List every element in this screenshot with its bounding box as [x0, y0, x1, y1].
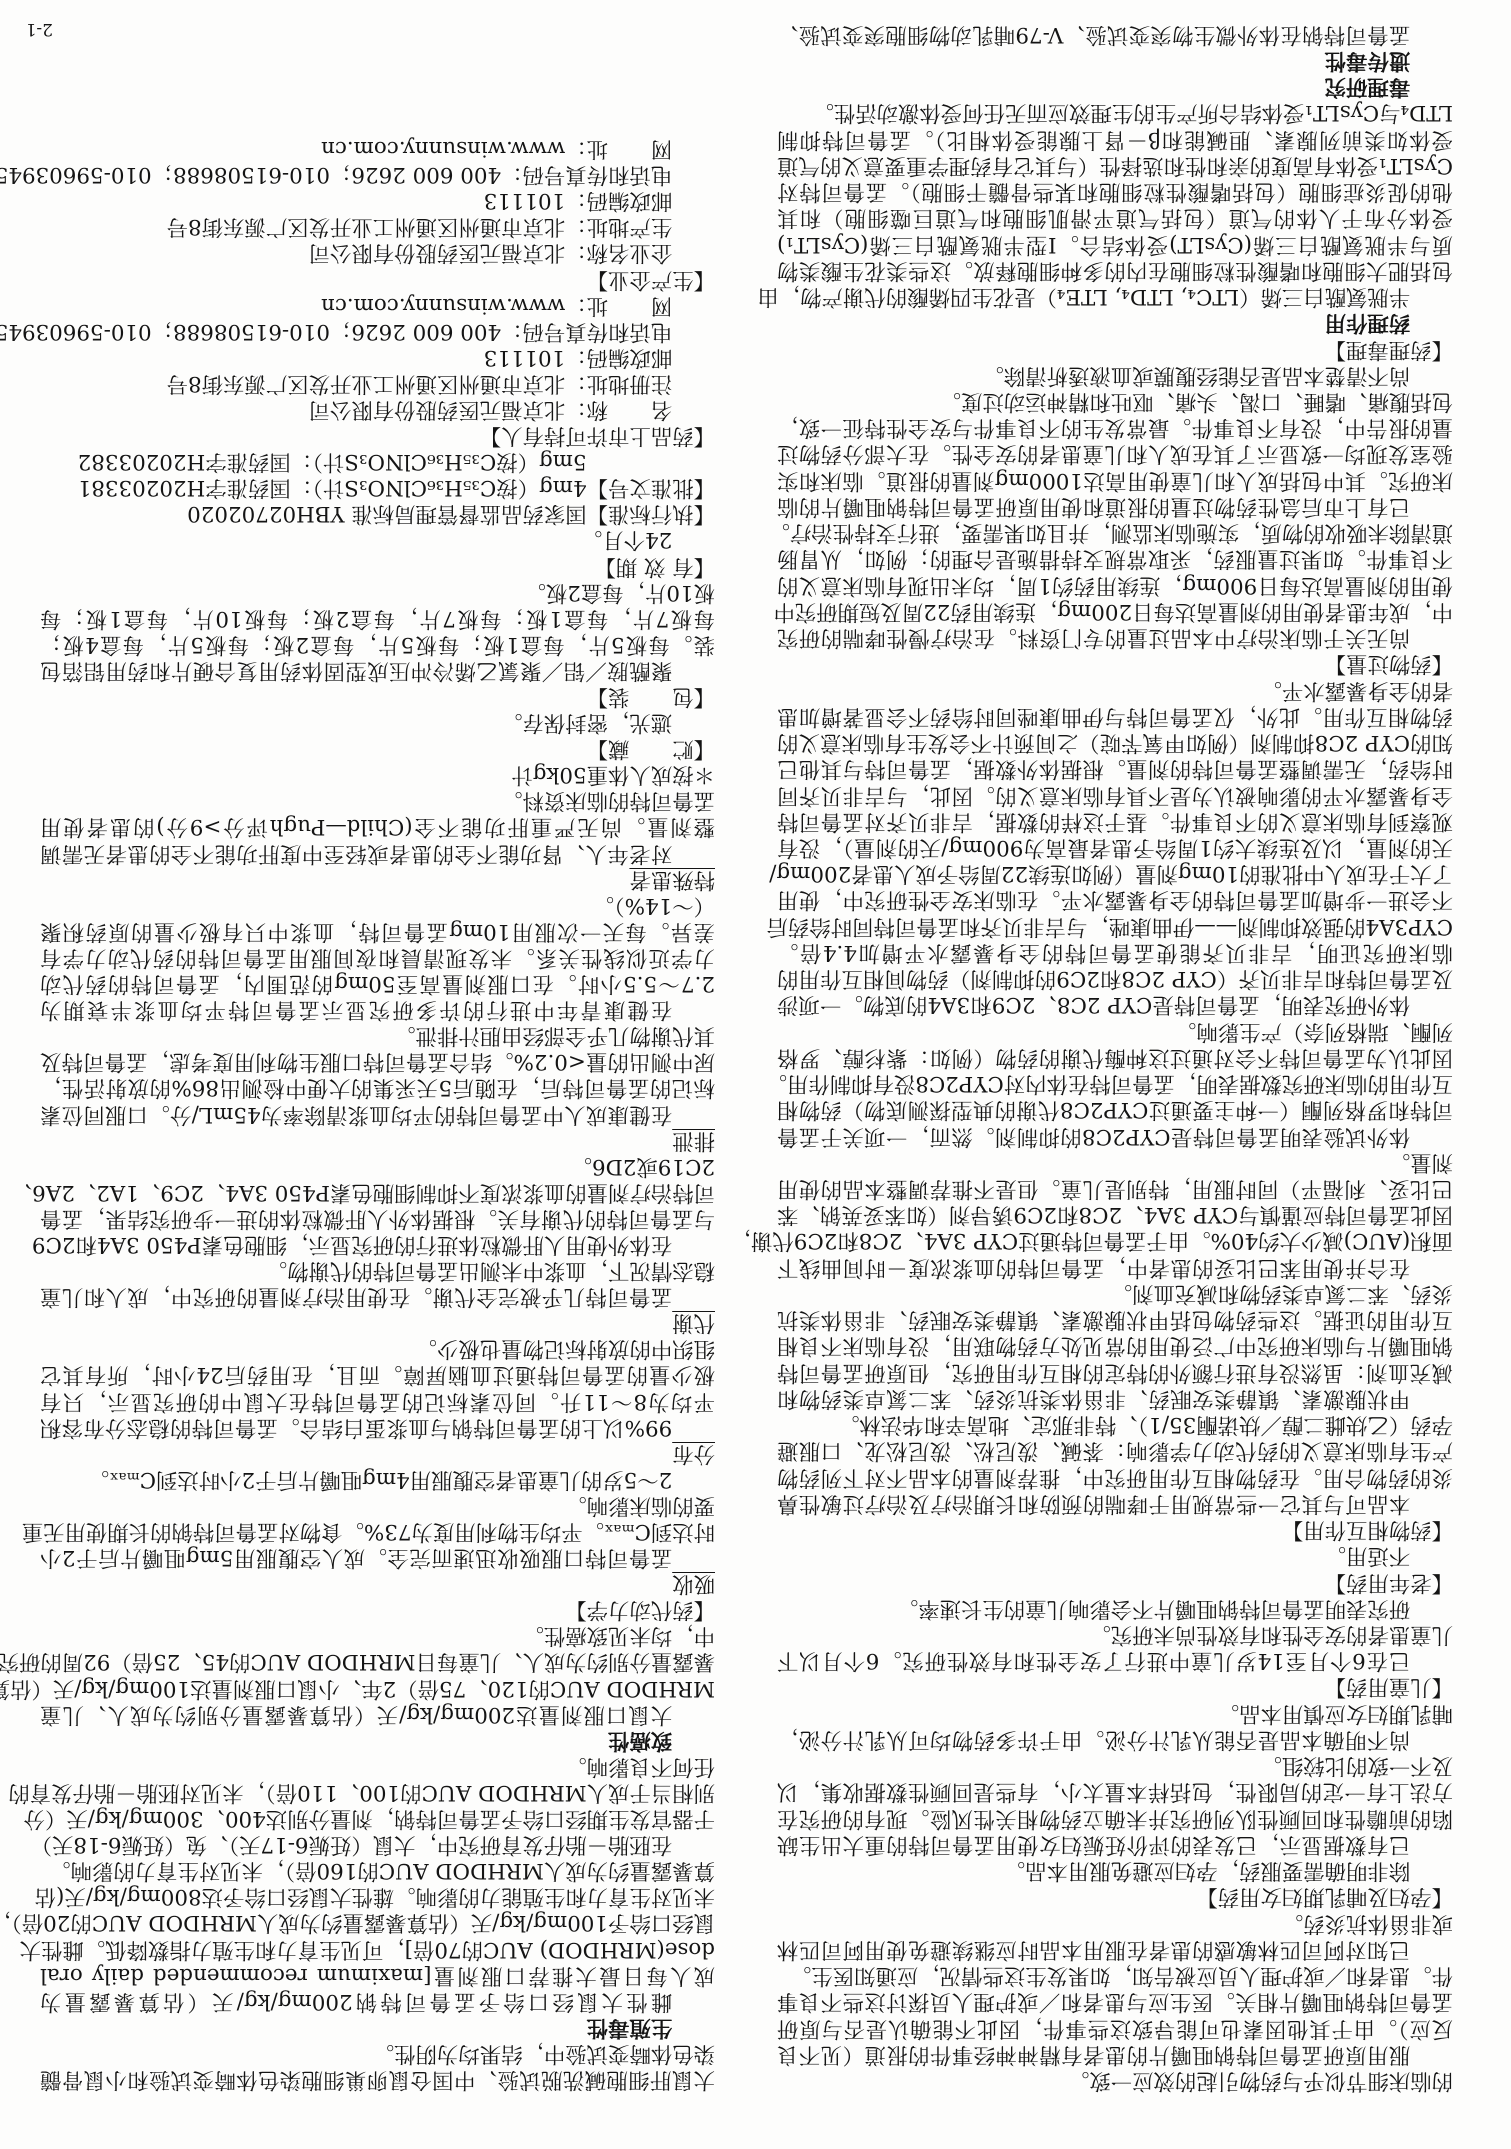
text-line: 减充血剂：虽然没有进行额外的特定的相互作用研究，但原研孟鲁司特: [777, 1358, 1453, 1384]
text-line: 体外研究表明，孟鲁司特是CYP 2C8、2C9和3A4的底物。一项涉: [777, 991, 1453, 1017]
text-line: 算暴露量约为成人MRHDOD AUC的160倍），未见对生育力的影响。: [40, 1857, 715, 1883]
text-line: 不会进一步增加孟鲁司特的全身暴露水平。在临床安全性研究中，使用: [777, 886, 1453, 912]
text-line: 床研究。其中包括成人和儿童使用高达1000mg剂量的报道。临床和实: [777, 466, 1453, 492]
text-line: 包括肥大细胞和嗜酸性粒细胞在内的多种细胞释放。这些类花生酸类物: [777, 257, 1453, 283]
text-line: 炎药、苯二氮卓类药物和减充血剂。: [777, 1280, 1453, 1306]
text-line: LTD₄与CysLT₁受体结合所产生的生理效应而无任何受体激动活性。: [777, 99, 1453, 125]
text-line: 炎的药物合用。在药物相互作用研究中，推荐剂量的本品不对下列药物: [777, 1463, 1453, 1489]
text-line: 时给药，无需调整孟鲁司特的剂量。根据体外数据，孟鲁司特与其他已: [777, 755, 1453, 781]
holder-phone-fax: 电话和传真号码：400 600 2626；010-61508688；010-59…: [40, 318, 715, 344]
text-line: 未见对生育力和生殖能力的影响。雄性大鼠经口给予达800mg/kg/天(估: [40, 1883, 715, 1909]
text-line: 验室发现均一致显示了其在成人和儿童患者的安全性。在大部分药物过: [777, 440, 1453, 466]
subheading-carcinogenicity: 致癌性: [40, 1727, 715, 1753]
section-heading-geriatric-use: 【老年用药】: [777, 1568, 1453, 1594]
text-line: 面积(AUC)减少大约40%。由于孟鲁司特通过CYP 3A4、2C8和2C9代谢…: [777, 1227, 1453, 1253]
text-line: 尚不清楚本品是否能经腹膜或血液透析清除。: [777, 362, 1453, 388]
section-heading-pharmacology-toxicology: 【药理毒理】: [777, 335, 1453, 361]
text-line: 中，均未见致癌性。: [40, 1622, 715, 1648]
approval-number-5mg: 5mg（按C₃₅H₃₆ClNO₃S计）：国药准字H20203382: [40, 448, 715, 474]
text-line: 已在6个月至14岁儿童中进行了安全性和有效性研究。6个月以下: [777, 1647, 1453, 1673]
text-line: 力学近似线性关系。未发现清晨和夜间服用孟鲁司特的药代动力学有: [40, 944, 715, 970]
text-line: 及不一致的比较组。: [777, 1752, 1453, 1778]
text-line: 及孟鲁司特和吉非贝齐（CYP 2C8和2C9的抑制剂）药物间相互作用的: [777, 965, 1453, 991]
text-line: 体外试验表明孟鲁司特是CYP2C8的抑制剂。然而，一项关于孟鲁: [777, 1122, 1453, 1148]
text-line: 他的促炎症细胞（包括嗜酸性粒细胞和某些骨髓干细胞）。孟鲁司特对: [777, 178, 1453, 204]
manufacturer-phone-fax: 电话和传真号码：400 600 2626；010-61508688；010-59…: [40, 161, 715, 187]
text-line: 大鼠口服剂量达200mg/kg/天（估算暴露量分别约为成人、儿童: [40, 1701, 715, 1727]
text-line: 对老年人、肾功能不全的患者或轻至中度肝功能不全的患者无需调: [40, 840, 715, 866]
footnote: ＊按成人体重50kg计: [40, 761, 715, 787]
section-heading-overdose: 【药物过量】: [777, 650, 1453, 676]
section-heading-shelf-life: 【有 效 期】: [40, 552, 715, 578]
manufacturer-postal-code: 邮政编码：101113: [40, 187, 715, 213]
left-column: 的临床细节似乎与药物引起的效应一致。 服用原研孟鲁司特钠咀嚼片的患者有精神神经事…: [777, 20, 1453, 2093]
text-line: 反应）。由于其他因素也可能导致这些事件，因此不能确认是否与原研: [777, 2014, 1453, 2040]
text-line: 观察到有临床意义的不良事件。基于这样的数据，吉非贝齐对孟鲁司特: [777, 808, 1453, 834]
text-line: 因此孟鲁司特应谨慎与CYP 3A4、2C8和2C9诱导剂（如苯妥英钠、苯: [777, 1201, 1453, 1227]
text-line: 者的全身暴露水平。: [777, 676, 1453, 702]
text-line: 哺乳期妇女应慎用本品。: [777, 1699, 1453, 1725]
text-line: 在合并使用苯巴比妥的患者中，孟鲁司特的血浆浓度－时间曲线下: [777, 1254, 1453, 1280]
text-line: 药物相互作用。此外，仅孟鲁司特与伊曲康唑同时给药不会显著增加患: [777, 703, 1453, 729]
text-line: 每板7片，每盒1板；每板7片，每盒2板；每板10片，每盒1板；每: [40, 605, 715, 631]
text-line: 在胚胎－胎仔发育研究中，大鼠（妊娠6-17天）、兔（妊娠6-18天）: [40, 1831, 715, 1857]
manufacturer-address: 生产地址：北京市通州区通州工业开发区广源东街8号: [40, 213, 715, 239]
text-line: 件。患者和／或护理人员应被告知，如果发生这些情况，应通知医生。: [777, 1962, 1453, 1988]
text-line: 因此认为孟鲁司特不会对通过这种酶代谢的药物（例如：紫杉醇、罗格: [777, 1044, 1453, 1070]
subheading-reproductive-toxicity: 生殖毒性: [40, 2014, 715, 2040]
text-line: 孟鲁司特几乎被完全代谢。在使用治疗剂量的研究中，成人和儿童: [40, 1283, 715, 1309]
text-line: 平均为8～11升。同位素标记的孟鲁司特在大鼠中的研究显示，只有: [40, 1387, 715, 1413]
text-line: 受体如类前列腺素、胆碱能和β－肾上腺能受体相比）。孟鲁司特抑制: [777, 125, 1453, 151]
text-line: 99%以上的孟鲁司特钠与血浆蛋白结合。孟鲁司特的稳态分布容积: [40, 1414, 715, 1440]
text-line: 别相当于成人MRHDOD AUC的100、110倍），未见对胚胎－胎仔发育的: [40, 1779, 715, 1805]
text-line: 整剂量。尚无严重肝功能不全(Child—Pugh评分>9分)的患者使用: [40, 813, 715, 839]
text-line: 尚无关于临床治疗中本品过量的专门资料。在治疗慢性哮喘的研究: [777, 624, 1453, 650]
section-heading-drug-interactions: 【药物相互作用】: [777, 1516, 1453, 1542]
text-line: 研究表明孟鲁司特钠咀嚼片不会影响儿童的生长速率。: [777, 1595, 1453, 1621]
text-line: 极少量的孟鲁司特通过血脑屏障。而且，在用药后24小时，所有其它: [40, 1361, 715, 1387]
right-column: 大鼠肝细胞碱洗脱试验、中国仓鼠卵巢细胞染色体畸变试验和小鼠骨髓 染色体畸变试验中…: [40, 135, 715, 2092]
text-line: 孟鲁司特钠在体外微生物突变试验、V-79哺乳动物细胞突变试验、: [777, 20, 1453, 46]
text-line: 要的临床影响。: [40, 1492, 715, 1518]
text-line: 已有上市后急性药物过量的报道和使用原研孟鲁司特钠咀嚼片的临: [777, 493, 1453, 519]
section-heading-pregnancy-lactation: 【孕妇及哺乳期妇女用药】: [777, 1883, 1453, 1909]
text-line: 板10片，每盒2板。: [40, 579, 715, 605]
text-line: 24个月。: [40, 526, 715, 552]
subheading-special-populations: 特殊患者: [40, 866, 715, 892]
text-line: MRHDOD AUC的120、75倍）2年、小鼠口服剂量达100mg/kg/天（…: [40, 1675, 715, 1701]
page-number: 2-1: [26, 19, 53, 39]
text-line: 在体外使用人肝微粒体进行的研究显示，细胞色素P450 3A4和2C9: [40, 1231, 715, 1257]
text-line: 聚酰胺／铝／聚氯乙烯冷冲压成型固体药用复合硬片和药用铝箔包: [40, 657, 715, 683]
text-line: 的临床细节似乎与药物引起的效应一致。: [777, 2067, 1453, 2093]
text-line: 在健康青年中进行的许多研究显示孟鲁司特平均血浆半衰期为: [40, 996, 715, 1022]
subheading-metabolism: 代谢: [40, 1309, 715, 1335]
text-line: 任何不良影响。: [40, 1753, 715, 1779]
text-line: 钠咀嚼片与临床研究中广泛使用的常见处方药物联用，没有临床不良相: [777, 1332, 1453, 1358]
approval-number-4mg: 【批准文号】4mg（按C₃₅H₃₆ClNO₃S计）：国药准字H20203381: [40, 474, 715, 500]
subheading-genotoxicity: 遗传毒性: [777, 47, 1453, 73]
text-line: 于器官发生期经口给予孟鲁司特钠，剂量分别达400、300mg/kg/天（分: [40, 1805, 715, 1831]
text-line: 儿童患者的安全性和有效性尚未研究。: [777, 1621, 1453, 1647]
text-line: 鼠经口给予100mg/kg/天（估算暴露量约为成人MRHDOD AUC的20倍）…: [40, 1909, 715, 1935]
text-line: 孕药（乙炔雌二醇／炔诺酮35/1）、特非那定、地高辛和华法林。: [777, 1411, 1453, 1437]
text-line: 组织中的放射标记物量也极少。: [40, 1335, 715, 1361]
text-line: 其代谢物几乎全部经由胆汁排泄。: [40, 1022, 715, 1048]
text-line: 尚不明确本品是否能从乳汁分泌。由于许多药物均可从乳汁分泌，: [777, 1726, 1453, 1752]
text-line: 已有数据显示，已发表的评价妊娠妇女使用孟鲁司特的重大出生缺: [777, 1831, 1453, 1857]
text-line: 半胱氨酰白三烯（LTC₄, LTD₄, LTE₄）是花生四烯酸的代谢产物，由: [777, 283, 1453, 309]
text-line: 质与半胱氨酰白三烯(CysLT)受体结合。Ⅰ型半胱氨酰白三烯(CysLT₁): [777, 230, 1453, 256]
text-line: 道清除未吸收的物质，实施临床监测，并且如果需要，进行支持性治疗。: [777, 519, 1453, 545]
text-line: dose(MRHDOD) AUC的70倍]，可见生育力和生殖力指数降低。雌性大: [40, 1935, 715, 1961]
text-line: 大鼠肝细胞碱洗脱试验、中国仓鼠卵巢细胞染色体畸变试验和小鼠骨髓: [40, 2066, 715, 2092]
text-line: 遮光，密封保存。: [40, 709, 715, 735]
text-line: 不良事件。如果过量服药，采取常规支持措施是合理的；例如，从胃肠: [777, 545, 1453, 571]
subheading-pharmacological-action: 药理作用: [777, 309, 1453, 335]
subheading-distribution: 分布: [40, 1440, 715, 1466]
manufacturer-name: 企业名称：北京福元医药股份有限公司: [40, 239, 715, 265]
text-line: 孟鲁司特的临床资料。: [40, 787, 715, 813]
subheading-absorption: 吸收: [40, 1570, 715, 1596]
section-heading-packaging: 【包 装】: [40, 683, 715, 709]
text-line: 使用的剂量高达每日900mg，连续用药约1周，均未出现有临床意义的: [777, 571, 1453, 597]
text-line: 临床研究证明，吉非贝齐能使孟鲁司特的全身暴露水平增加4.4倍。: [777, 939, 1453, 965]
text-line: 包括腹痛、嗜睡、口渴、头痛、呕吐和精神运动过度。: [777, 388, 1453, 414]
text-line: 列酮、瑞格列奈）产生影响。: [777, 1017, 1453, 1043]
text-line: CysLT₁受体有高度的亲和性和选择性（与其它有药理学重要意义的气道: [777, 152, 1453, 178]
text-line: 方法上有一定的局限性，包括样本量太小，有些是回顾性数据收集，以: [777, 1778, 1453, 1804]
text-line: 染色体畸变试验中，结果均为阴性。: [40, 2040, 715, 2066]
text-line: 服用原研孟鲁司特钠咀嚼片的患者有精神神经事件的报道（见不良: [777, 2041, 1453, 2067]
section-heading-manufacturer: 【生产企业】: [40, 265, 715, 291]
text-line: 甲状腺激素、镇静类安眠药、非甾体类抗炎药、苯二氮卓类药物和: [777, 1385, 1453, 1411]
text-line: 不适用。: [777, 1542, 1453, 1568]
text-line: 司特和罗格列酮（一种主要通过CYP2C8代谢的典型探测底物）药物相: [777, 1096, 1453, 1122]
text-line: 产生有临床意义的药代动力学影响：茶碱、泼尼松、泼尼松龙、口服避: [777, 1437, 1453, 1463]
text-line: 装。每板5片，每盒1板；每板5片，每盒2板；每板5片，每盒4板；: [40, 631, 715, 657]
section-heading-storage: 【贮 藏】: [40, 735, 715, 761]
holder-postal-code: 邮政编码：101113: [40, 344, 715, 370]
text-line: 2.7～5.5小时。在口服剂量高至50mg的范围内，孟鲁司特的药代动: [40, 970, 715, 996]
text-line: 孟鲁司特口服吸收迅速而完全。成人空腹服用5mg咀嚼片后于2小: [40, 1544, 715, 1570]
subheading-excretion: 排泄: [40, 1127, 715, 1153]
scanned-leaflet-page: 的临床细节似乎与药物引起的效应一致。 服用原研孟鲁司特钠咀嚼片的患者有精神神经事…: [0, 0, 1511, 2149]
text-line: 互作用的临床研究数据表明，孟鲁司特在体内对CYP2C8没有抑制作用。: [777, 1070, 1453, 1096]
text-line: 陷的前瞻性和回顾性队列研究并未确立药物相关性风险。现有的研究在: [777, 1804, 1453, 1830]
text-line: 稳态情况下，血浆中未测出孟鲁司特的代谢物。: [40, 1257, 715, 1283]
text-line: 受体分布于人体的气道（包括气道平滑肌细胞和气道巨噬细胞）和其: [777, 204, 1453, 230]
text-line: 了大于在成人中批准的10mg剂量（例如连续22周给予成人患者200mg/: [777, 860, 1453, 886]
text-line: 暴露量分别约为成人、儿童每日MRHDOD AUC的45、25倍）92周的研究: [40, 1648, 715, 1674]
text-line: 尿中测出的量<0.2%。结合孟鲁司特口服生物利用度考虑，孟鲁司特及: [40, 1048, 715, 1074]
text-line: 雌性大鼠经口给予孟鲁司特钠200mg/kg/天（估算暴露量为: [40, 1988, 715, 2014]
text-line: 时达到Cₘₐₓ。平均生物利用度为73%。食物对孟鲁司特钠的长期使用无重: [40, 1518, 715, 1544]
executive-standard: 【执行标准】国家药品监督管理局标准 YBH02702020: [40, 500, 715, 526]
text-line: 在健康成人中孟鲁司特的平均血浆清除率为45mL/分。口服同位素: [40, 1100, 715, 1126]
text-line: 已知对阿司匹林敏感的患者在服用本品时应继续避免使用阿司匹林: [777, 1936, 1453, 1962]
text-line: 2C19或2D6。: [40, 1153, 715, 1179]
manufacturer-website: 网 址：www.winsunny.com.cn: [40, 135, 715, 161]
text-line: 天的剂量，以及连续大约1周给予患者最高为900mg/天的剂量），没有: [777, 834, 1453, 860]
text-line: 本品可与其它一些常规用于哮喘的预防和长期治疗及治疗过敏性鼻: [777, 1490, 1453, 1516]
holder-name: 名 称：北京福元医药股份有限公司: [40, 396, 715, 422]
section-heading-pharmacokinetics: 【药代动力学】: [40, 1596, 715, 1622]
holder-website: 网 址：www.winsunny.com.cn: [40, 292, 715, 318]
holder-registered-address: 注册地址：北京市通州区通州工业开发区广源东街8号: [40, 370, 715, 396]
text-line: 司特治疗剂量的血浆浓度不抑制细胞色素P450 3A4、2C9、1A2、2A6、: [40, 1179, 715, 1205]
text-line: 知的CYP 2C8抑制剂（例如甲氧苄啶）之间预计不会发生有临床意义的: [777, 729, 1453, 755]
subheading-toxicology-studies: 毒理研究: [777, 73, 1453, 99]
text-line: 孟鲁司特钠咀嚼片相关。医生应与患者和／或护理人员探讨这些不良事: [777, 1988, 1453, 2014]
text-line: 巴比妥、利福平）同时服用，特别是儿童。但是不推荐调整本品的使用: [777, 1175, 1453, 1201]
text-line: 与孟鲁司特的代谢有关。根据体外人肝微粒体的进一步研究结果，孟鲁: [40, 1205, 715, 1231]
text-line: CYP3A4的强效抑制剂——伊曲康唑，与吉非贝齐和孟鲁司特同时给药后: [777, 912, 1453, 938]
text-line: （～14%）。: [40, 892, 715, 918]
text-line: 中，成年患者使用的剂量高达每日200mg，连续用药22周及短期研究中: [777, 598, 1453, 624]
text-line: 成人每日最大推荐口服剂量[maximum recommended daily o…: [40, 1962, 715, 1988]
text-line: 全身暴露水平的影响被认为是不具有临床意义的。因此，与吉非贝齐同: [777, 781, 1453, 807]
text-line: 剂量。: [777, 1149, 1453, 1175]
text-line: 差异。每天一次服用10mg孟鲁司特，血浆中只有极少量的原药积聚: [40, 918, 715, 944]
text-line: 或非甾体抗炎药。: [777, 1909, 1453, 1935]
section-heading-pediatric-use: 【儿童用药】: [777, 1673, 1453, 1699]
text-line: 标记的孟鲁司特后，在随后5天采集的大便中检测出86%的放射活性，: [40, 1074, 715, 1100]
text-line: 2～5岁的儿童患者空腹服用4mg咀嚼片后于2小时达到Cₘₐₓ。: [40, 1466, 715, 1492]
section-heading-marketing-authorization-holder: 【药品上市许可持有人】: [40, 422, 715, 448]
text-line: 除非明确需要服药，孕妇应避免服用本品。: [777, 1857, 1453, 1883]
text-line: 互作用的证据。这些药物包括甲状腺激素、镇静类安眠药、非甾体类抗: [777, 1306, 1453, 1332]
text-line: 量的报告中，没有不良事件。最常发生的不良事件与安全性特征一致，: [777, 414, 1453, 440]
